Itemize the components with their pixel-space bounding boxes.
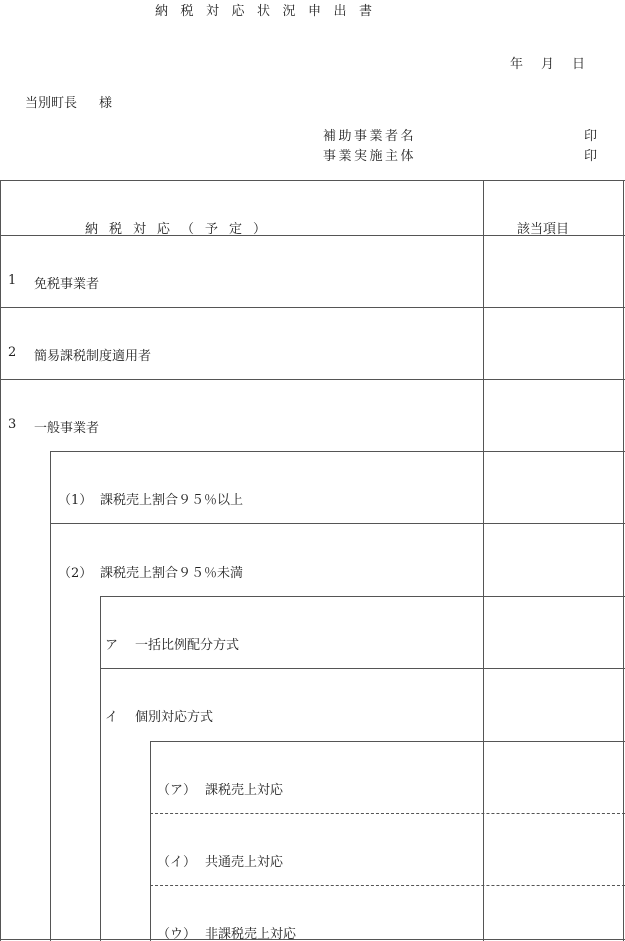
table-bottom-border	[0, 939, 625, 940]
applicant-name-label: 補助事業者名	[323, 125, 416, 144]
addressee-honorific: 様	[99, 96, 112, 111]
document-title: 納税対応状況申出書	[155, 0, 385, 19]
check-cell-a[interactable]	[484, 597, 623, 667]
row-1-label: 免税事業者	[34, 273, 99, 292]
check-cell-3-1[interactable]	[484, 452, 623, 522]
row-i-u-label: 非課税売上対応	[205, 923, 296, 941]
addressee-name: 当別町長	[25, 96, 77, 111]
day-label: 日	[572, 57, 585, 72]
check-cell-i-i[interactable]	[484, 814, 623, 884]
check-cell-2[interactable]	[484, 308, 623, 378]
applicant-seal: 印	[584, 125, 597, 144]
nest-2-left-border	[100, 596, 101, 941]
check-cell-3[interactable]	[484, 380, 623, 450]
row-i-a-number: （ア）	[157, 779, 196, 798]
row-i-label: 個別対応方式	[135, 706, 213, 725]
row-3-1-label: 課税売上割合９５％以上	[100, 489, 243, 508]
year-label: 年	[510, 57, 523, 72]
check-cell-i[interactable]	[484, 669, 623, 740]
row-3-2-number: （2）	[58, 562, 92, 581]
check-cell-1[interactable]	[484, 236, 623, 306]
row-3-1-number: （1）	[58, 489, 92, 508]
implementer-seal: 印	[584, 145, 597, 164]
row-a-number: ア	[105, 634, 118, 653]
nest-1-left-border	[50, 451, 51, 941]
check-cell-i-u[interactable]	[484, 886, 623, 938]
check-cell-i-a[interactable]	[484, 742, 623, 812]
row-3-2-label: 課税売上割合９５％未満	[100, 562, 243, 581]
check-cell-3-2[interactable]	[484, 524, 623, 595]
row-3-number: 3	[8, 417, 16, 432]
row-i-i-number: （イ）	[157, 851, 196, 870]
row-3-label: 一般事業者	[34, 417, 99, 436]
table-left-border	[0, 180, 1, 941]
row-i-u-number: （ウ）	[157, 923, 196, 941]
nest-3-left-border	[150, 741, 151, 941]
row-a-label: 一括比例配分方式	[135, 634, 239, 653]
row-2-number: 2	[8, 345, 16, 360]
table-top-border	[0, 180, 625, 181]
table-right-border	[623, 180, 624, 941]
row-i-i-label: 共通売上対応	[205, 851, 283, 870]
date-field: 年月日	[510, 53, 585, 72]
row-i-number: イ	[105, 706, 118, 725]
row-1-number: 1	[8, 273, 16, 288]
implementer-label: 事業実施主体	[323, 145, 416, 164]
row-i-a-label: 課税売上対応	[205, 779, 283, 798]
month-label: 月	[541, 57, 554, 72]
row-2-label: 簡易課税制度適用者	[34, 345, 151, 364]
addressee: 当別町長様	[25, 92, 112, 111]
